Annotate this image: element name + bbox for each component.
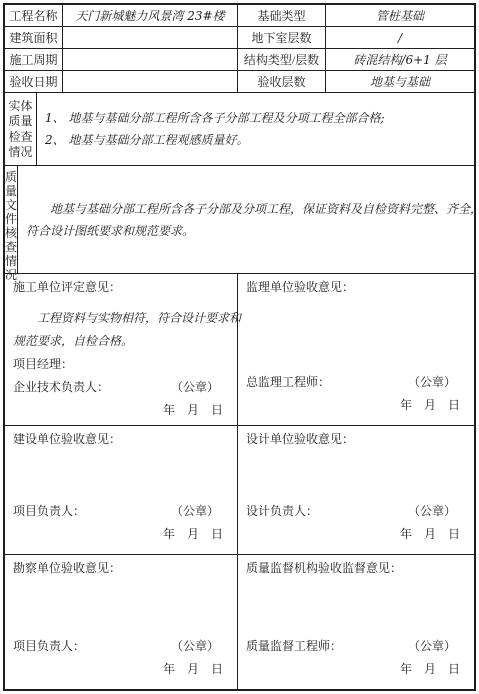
document-check-label-line: 文件 xyxy=(5,198,17,226)
quality-supervision-engineer-label: 质量监督工程师： xyxy=(246,635,342,658)
project-name-label: 工程名称 xyxy=(5,5,63,26)
builder-date-line: 年 月 日 xyxy=(13,523,231,546)
construction-opinion-title: 施工单位评定意见： xyxy=(13,279,231,296)
document-check-text-line-1: 地基与基础分部工程所含各子分部及分项工程，保证资料及自检资料完整、齐全， xyxy=(26,198,479,220)
basement-floors-value: / xyxy=(326,27,474,48)
acceptance-floors-label: 验收层数 xyxy=(238,71,326,92)
surveyor-date-line: 年 月 日 xyxy=(13,658,231,681)
surveyor-opinion-cell: 勘察单位验收意见： 项目负责人： （公章） 年 月 日 xyxy=(5,555,238,689)
entity-quality-item-2: 2、 地基与基础分部工程观感质量好。 xyxy=(45,129,466,151)
entity-quality-section: 实体 质量 检查 情况 1、 地基与基础分部工程所含各子分部工程及分项工程全部合… xyxy=(5,93,474,166)
document-check-label: 质量 文件 核查 情况 xyxy=(5,166,18,273)
builder-project-leader-line: 项目负责人： （公章） xyxy=(13,500,231,523)
chief-supervising-engineer-label: 总监理工程师： xyxy=(246,371,330,394)
acceptance-date-value xyxy=(63,71,238,92)
document-check-text-line-2: 符合设计图纸要求和规范要求。 xyxy=(26,220,479,242)
official-seal-placeholder: （公章） xyxy=(408,635,456,658)
document-check-section: 质量 文件 核查 情况 地基与基础分部工程所含各子分部及分项工程，保证资料及自检… xyxy=(5,166,474,274)
structure-type-value: 砖混结构/6+1 层 xyxy=(326,49,474,70)
surveyor-project-leader-line: 项目负责人： （公章） xyxy=(13,635,231,658)
project-manager-line: 项目经理： xyxy=(13,353,231,376)
spacer xyxy=(13,448,231,500)
supervisor-opinion-cell: 监理单位验收意见： 总监理工程师： （公章） 年 月 日 xyxy=(238,274,474,425)
designer-opinion-title: 设计单位验收意见： xyxy=(246,431,468,448)
tech-director-line: 企业技术负责人： （公章） xyxy=(13,376,231,399)
info-row-period: 施工周期 结构类型/层数 砖混结构/6+1 层 xyxy=(5,49,474,71)
entity-quality-item-1: 1、 地基与基础分部工程所含各子分部工程及分项工程全部合格; xyxy=(45,107,466,129)
official-seal-placeholder: （公章） xyxy=(408,500,456,523)
supervisor-opinion-title: 监理单位验收意见： xyxy=(246,279,468,296)
quality-supervision-engineer-line: 质量监督工程师： （公章） xyxy=(246,635,468,658)
construction-opinion-body-line-1: 工程资料与实物相符，符合设计要求和 xyxy=(13,307,231,330)
construction-opinion-body: 工程资料与实物相符，符合设计要求和 规范要求，自检合格。 xyxy=(13,307,231,353)
info-row-acceptance-date: 验收日期 验收层数 地基与基础 xyxy=(5,71,474,93)
quality-bureau-opinion-title: 质量监督机构验收监督意见： xyxy=(246,560,468,577)
foundation-type-value: 管桩基础 xyxy=(326,5,474,26)
building-area-value xyxy=(63,27,238,48)
official-seal-placeholder: （公章） xyxy=(171,635,219,658)
entity-quality-label-line: 检查 xyxy=(8,130,32,144)
building-area-label: 建筑面积 xyxy=(5,27,63,48)
opinion-row-1: 施工单位评定意见： 工程资料与实物相符，符合设计要求和 规范要求，自检合格。 项… xyxy=(5,274,474,426)
builder-project-leader-label: 项目负责人： xyxy=(13,500,85,523)
supervisor-date-line: 年 月 日 xyxy=(246,394,468,417)
design-leader-label: 设计负责人： xyxy=(246,500,318,523)
opinion-row-2: 建设单位验收意见： 项目负责人： （公章） 年 月 日 设计单位验收意见： 设计… xyxy=(5,426,474,555)
quality-bureau-opinion-cell: 质量监督机构验收监督意见： 质量监督工程师： （公章） 年 月 日 xyxy=(238,555,474,689)
project-name-value: 天门新城魅力风景湾 23#楼 xyxy=(63,5,238,26)
construction-opinion-cell: 施工单位评定意见： 工程资料与实物相符，符合设计要求和 规范要求，自检合格。 项… xyxy=(5,274,238,425)
designer-opinion-cell: 设计单位验收意见： 设计负责人： （公章） 年 月 日 xyxy=(238,426,474,554)
entity-quality-label-line: 情况 xyxy=(8,145,32,159)
structure-type-label: 结构类型/层数 xyxy=(238,49,326,70)
scanned-acceptance-form-page: 工程名称 天门新城魅力风景湾 23#楼 基础类型 管桩基础 建筑面积 地下室层数… xyxy=(0,0,479,694)
construction-period-label: 施工周期 xyxy=(5,49,63,70)
quality-bureau-date-line: 年 月 日 xyxy=(246,658,468,681)
design-leader-line: 设计负责人： （公章） xyxy=(246,500,468,523)
spacer xyxy=(246,296,468,371)
spacer xyxy=(246,577,468,635)
entity-quality-label: 实体 质量 检查 情况 xyxy=(5,93,37,165)
surveyor-opinion-title: 勘察单位验收意见： xyxy=(13,560,231,577)
acceptance-form-table: 工程名称 天门新城魅力风景湾 23#楼 基础类型 管桩基础 建筑面积 地下室层数… xyxy=(3,3,476,691)
entity-quality-content: 1、 地基与基础分部工程所含各子分部工程及分项工程全部合格; 2、 地基与基础分… xyxy=(37,93,474,165)
designer-date-line: 年 月 日 xyxy=(246,523,468,546)
project-manager-label: 项目经理： xyxy=(13,353,73,376)
document-check-label-line: 质量 xyxy=(5,170,17,198)
surveyor-project-leader-label: 项目负责人： xyxy=(13,635,85,658)
construction-period-value xyxy=(63,49,238,70)
chief-supervising-engineer-line: 总监理工程师： （公章） xyxy=(246,371,468,394)
foundation-type-label: 基础类型 xyxy=(238,5,326,26)
document-check-label-line: 核查 xyxy=(5,226,17,254)
builder-opinion-title: 建设单位验收意见： xyxy=(13,431,231,448)
construction-date-line: 年 月 日 xyxy=(13,399,231,422)
tech-director-label: 企业技术负责人： xyxy=(13,376,109,399)
info-row-project: 工程名称 天门新城魅力风景湾 23#楼 基础类型 管桩基础 xyxy=(5,5,474,27)
spacer xyxy=(13,577,231,635)
official-seal-placeholder: （公章） xyxy=(171,376,219,399)
acceptance-date-label: 验收日期 xyxy=(5,71,63,92)
info-row-area: 建筑面积 地下室层数 / xyxy=(5,27,474,49)
basement-floors-label: 地下室层数 xyxy=(238,27,326,48)
entity-quality-label-line: 实体 xyxy=(8,99,32,113)
official-seal-placeholder: （公章） xyxy=(408,371,456,394)
opinion-row-3: 勘察单位验收意见： 项目负责人： （公章） 年 月 日 质量监督机构验收监督意见… xyxy=(5,555,474,689)
construction-opinion-body-line-2: 规范要求，自检合格。 xyxy=(13,330,231,353)
spacer xyxy=(246,448,468,500)
builder-opinion-cell: 建设单位验收意见： 项目负责人： （公章） 年 月 日 xyxy=(5,426,238,554)
entity-quality-label-line: 质量 xyxy=(8,114,32,128)
document-check-content: 地基与基础分部工程所含各子分部及分项工程，保证资料及自检资料完整、齐全， 符合设… xyxy=(18,166,479,273)
official-seal-placeholder: （公章） xyxy=(171,500,219,523)
acceptance-floors-value: 地基与基础 xyxy=(326,71,474,92)
